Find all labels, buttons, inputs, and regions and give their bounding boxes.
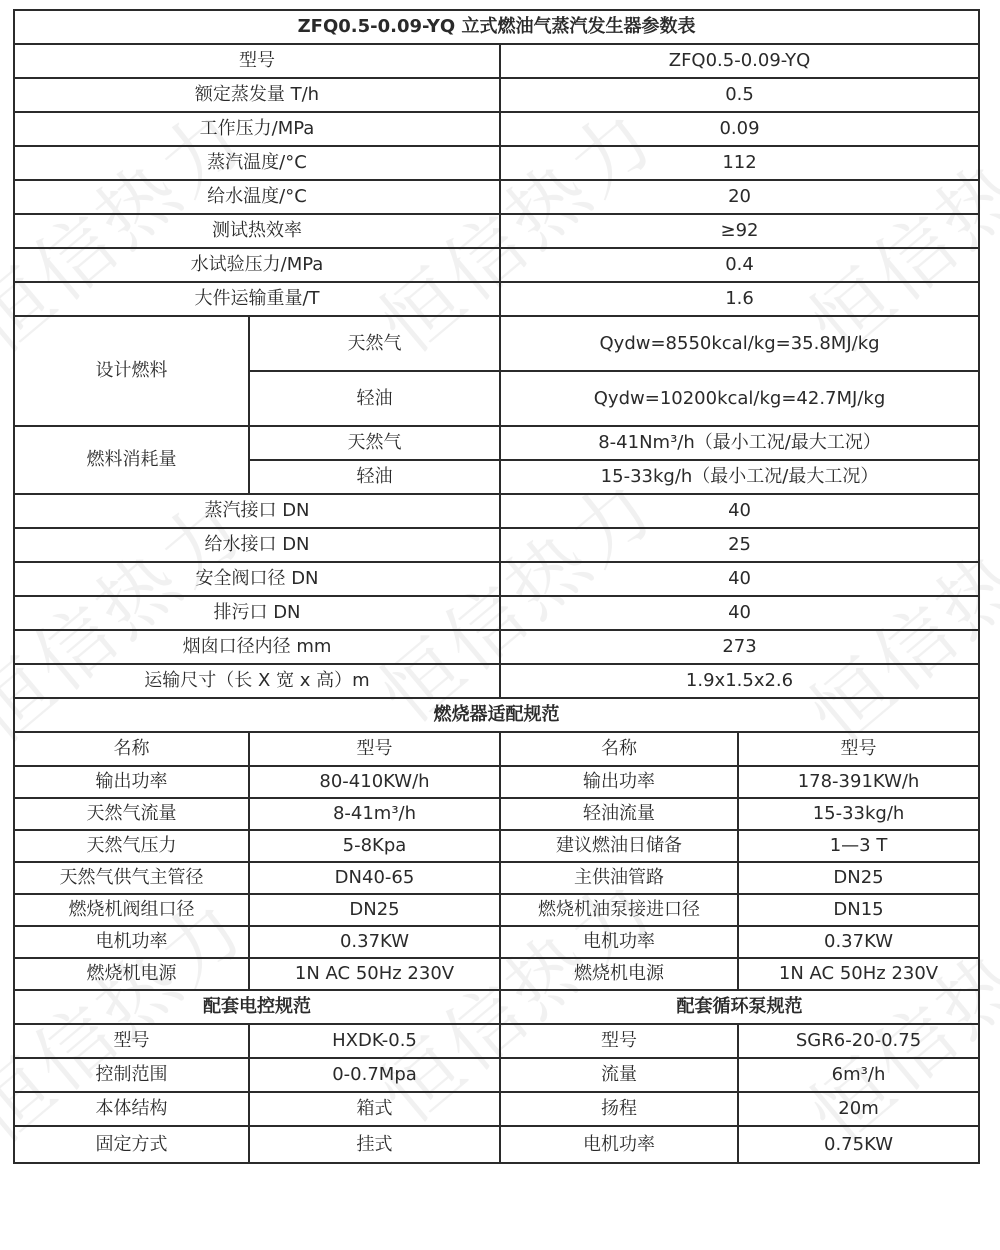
cell: 20m bbox=[738, 1092, 979, 1126]
cell: 控制范围 bbox=[14, 1058, 249, 1092]
fuel-value: Qydw=10200kcal/kg=42.7MJ/kg bbox=[500, 371, 979, 426]
table-row: 型号 ZFQ0.5-0.09-YQ bbox=[14, 44, 979, 78]
table-row: 本体结构 箱式 扬程 20m bbox=[14, 1092, 979, 1126]
table-row: 天然气流量 8-41m³/h 轻油流量 15-33kg/h bbox=[14, 798, 979, 830]
table-row: 额定蒸发量 T/h 0.5 bbox=[14, 78, 979, 112]
table-row: 工作压力/MPa 0.09 bbox=[14, 112, 979, 146]
cell: 燃烧机油泵接进口径 bbox=[500, 894, 738, 926]
column-header: 型号 bbox=[249, 732, 500, 766]
cell: DN40-65 bbox=[249, 862, 500, 894]
param-label: 蒸汽接口 DN bbox=[14, 494, 500, 528]
cell: 扬程 bbox=[500, 1092, 738, 1126]
cell: 本体结构 bbox=[14, 1092, 249, 1126]
param-label: 安全阀口径 DN bbox=[14, 562, 500, 596]
param-value: 0.09 bbox=[500, 112, 979, 146]
cell: 1N AC 50Hz 230V bbox=[738, 958, 979, 990]
cell: 0.75KW bbox=[738, 1126, 979, 1163]
param-value: 1.9x1.5x2.6 bbox=[500, 664, 979, 698]
param-value: 25 bbox=[500, 528, 979, 562]
column-header: 型号 bbox=[738, 732, 979, 766]
cell: 建议燃油日储备 bbox=[500, 830, 738, 862]
param-label: 工作压力/MPa bbox=[14, 112, 500, 146]
table-row: 天然气压力 5-8Kpa 建议燃油日储备 1—3 T bbox=[14, 830, 979, 862]
cell: HXDK-0.5 bbox=[249, 1024, 500, 1058]
cell: 1N AC 50Hz 230V bbox=[249, 958, 500, 990]
design-fuel-label: 设计燃料 bbox=[14, 316, 249, 426]
table-row: 大件运输重量/T 1.6 bbox=[14, 282, 979, 316]
table-row: 电机功率 0.37KW 电机功率 0.37KW bbox=[14, 926, 979, 958]
cell: 80-410KW/h bbox=[249, 766, 500, 798]
param-value: 112 bbox=[500, 146, 979, 180]
burner-section-title: 燃烧器适配规范 bbox=[14, 698, 979, 732]
fuel-type: 天然气 bbox=[249, 426, 500, 460]
cell: 1—3 T bbox=[738, 830, 979, 862]
table-row: 蒸汽温度/°C 112 bbox=[14, 146, 979, 180]
cell: 输出功率 bbox=[14, 766, 249, 798]
table-row: 控制范围 0-0.7Mpa 流量 6m³/h bbox=[14, 1058, 979, 1092]
param-value: ZFQ0.5-0.09-YQ bbox=[500, 44, 979, 78]
table-row: 蒸汽接口 DN 40 bbox=[14, 494, 979, 528]
param-label: 蒸汽温度/°C bbox=[14, 146, 500, 180]
param-value: 20 bbox=[500, 180, 979, 214]
cell: 15-33kg/h bbox=[738, 798, 979, 830]
cell: 轻油流量 bbox=[500, 798, 738, 830]
param-label: 运输尺寸（长 X 宽 x 高）m bbox=[14, 664, 500, 698]
cell: 5-8Kpa bbox=[249, 830, 500, 862]
param-label: 型号 bbox=[14, 44, 500, 78]
cell: 箱式 bbox=[249, 1092, 500, 1126]
cell: 0-0.7Mpa bbox=[249, 1058, 500, 1092]
fuel-consumption-label: 燃料消耗量 bbox=[14, 426, 249, 494]
table-row: 输出功率 80-410KW/h 输出功率 178-391KW/h bbox=[14, 766, 979, 798]
cell: 型号 bbox=[14, 1024, 249, 1058]
table-title: ZFQ0.5-0.09-YQ 立式燃油气蒸汽发生器参数表 bbox=[14, 10, 979, 44]
param-label: 大件运输重量/T bbox=[14, 282, 500, 316]
cell: 电机功率 bbox=[14, 926, 249, 958]
cell: 天然气流量 bbox=[14, 798, 249, 830]
cell: 电机功率 bbox=[500, 1126, 738, 1163]
pump-section-title: 配套循环泵规范 bbox=[500, 990, 979, 1024]
param-label: 给水温度/°C bbox=[14, 180, 500, 214]
table-row: 固定方式 挂式 电机功率 0.75KW bbox=[14, 1126, 979, 1163]
table-row: 燃烧机阀组口径 DN25 燃烧机油泵接进口径 DN15 bbox=[14, 894, 979, 926]
cell: 型号 bbox=[500, 1024, 738, 1058]
cell: DN25 bbox=[738, 862, 979, 894]
table-row: 天然气供气主管径 DN40-65 主供油管路 DN25 bbox=[14, 862, 979, 894]
fuel-type: 轻油 bbox=[249, 371, 500, 426]
cell: 主供油管路 bbox=[500, 862, 738, 894]
param-value: 40 bbox=[500, 596, 979, 630]
burner-header-row: 名称 型号 名称 型号 bbox=[14, 732, 979, 766]
param-value: 0.4 bbox=[500, 248, 979, 282]
table-row: 型号 HXDK-0.5 型号 SGR6-20-0.75 bbox=[14, 1024, 979, 1058]
cell: 天然气压力 bbox=[14, 830, 249, 862]
cell: 0.37KW bbox=[738, 926, 979, 958]
cell: DN15 bbox=[738, 894, 979, 926]
control-pump-section-row: 配套电控规范 配套循环泵规范 bbox=[14, 990, 979, 1024]
param-value: 273 bbox=[500, 630, 979, 664]
param-value: 1.6 bbox=[500, 282, 979, 316]
cell: SGR6-20-0.75 bbox=[738, 1024, 979, 1058]
table-row: 给水接口 DN 25 bbox=[14, 528, 979, 562]
cell: 流量 bbox=[500, 1058, 738, 1092]
cell: 固定方式 bbox=[14, 1126, 249, 1163]
table-row: 水试验压力/MPa 0.4 bbox=[14, 248, 979, 282]
fuel-value: Qydw=8550kcal/kg=35.8MJ/kg bbox=[500, 316, 979, 371]
table-row: 燃料消耗量 天然气 8-41Nm³/h（最小工况/最大工况） bbox=[14, 426, 979, 460]
param-label: 测试热效率 bbox=[14, 214, 500, 248]
table-row: 给水温度/°C 20 bbox=[14, 180, 979, 214]
param-label: 给水接口 DN bbox=[14, 528, 500, 562]
cell: 电机功率 bbox=[500, 926, 738, 958]
table-row: 安全阀口径 DN 40 bbox=[14, 562, 979, 596]
consumption-value: 8-41Nm³/h（最小工况/最大工况） bbox=[500, 426, 979, 460]
param-label: 排污口 DN bbox=[14, 596, 500, 630]
cell: 燃烧机电源 bbox=[14, 958, 249, 990]
cell: 178-391KW/h bbox=[738, 766, 979, 798]
table-row: 测试热效率 ≥92 bbox=[14, 214, 979, 248]
cell: 燃烧机阀组口径 bbox=[14, 894, 249, 926]
parameter-table: ZFQ0.5-0.09-YQ 立式燃油气蒸汽发生器参数表 型号 ZFQ0.5-0… bbox=[13, 9, 980, 1164]
fuel-type: 天然气 bbox=[249, 316, 500, 371]
control-section-title: 配套电控规范 bbox=[14, 990, 500, 1024]
column-header: 名称 bbox=[14, 732, 249, 766]
column-header: 名称 bbox=[500, 732, 738, 766]
param-label: 水试验压力/MPa bbox=[14, 248, 500, 282]
table-row: 运输尺寸（长 X 宽 x 高）m 1.9x1.5x2.6 bbox=[14, 664, 979, 698]
cell: 挂式 bbox=[249, 1126, 500, 1163]
fuel-type: 轻油 bbox=[249, 460, 500, 494]
table-row: 烟囱口径内径 mm 273 bbox=[14, 630, 979, 664]
param-value: 40 bbox=[500, 562, 979, 596]
cell: DN25 bbox=[249, 894, 500, 926]
table-title-row: ZFQ0.5-0.09-YQ 立式燃油气蒸汽发生器参数表 bbox=[14, 10, 979, 44]
cell: 8-41m³/h bbox=[249, 798, 500, 830]
param-label: 额定蒸发量 T/h bbox=[14, 78, 500, 112]
param-value: 0.5 bbox=[500, 78, 979, 112]
table-row: 设计燃料 天然气 Qydw=8550kcal/kg=35.8MJ/kg bbox=[14, 316, 979, 371]
table-row: 燃烧机电源 1N AC 50Hz 230V 燃烧机电源 1N AC 50Hz 2… bbox=[14, 958, 979, 990]
cell: 燃烧机电源 bbox=[500, 958, 738, 990]
param-label: 烟囱口径内径 mm bbox=[14, 630, 500, 664]
param-value: ≥92 bbox=[500, 214, 979, 248]
cell: 6m³/h bbox=[738, 1058, 979, 1092]
cell: 0.37KW bbox=[249, 926, 500, 958]
burner-section-row: 燃烧器适配规范 bbox=[14, 698, 979, 732]
table-row: 排污口 DN 40 bbox=[14, 596, 979, 630]
cell: 输出功率 bbox=[500, 766, 738, 798]
param-value: 40 bbox=[500, 494, 979, 528]
cell: 天然气供气主管径 bbox=[14, 862, 249, 894]
consumption-value: 15-33kg/h（最小工况/最大工况） bbox=[500, 460, 979, 494]
